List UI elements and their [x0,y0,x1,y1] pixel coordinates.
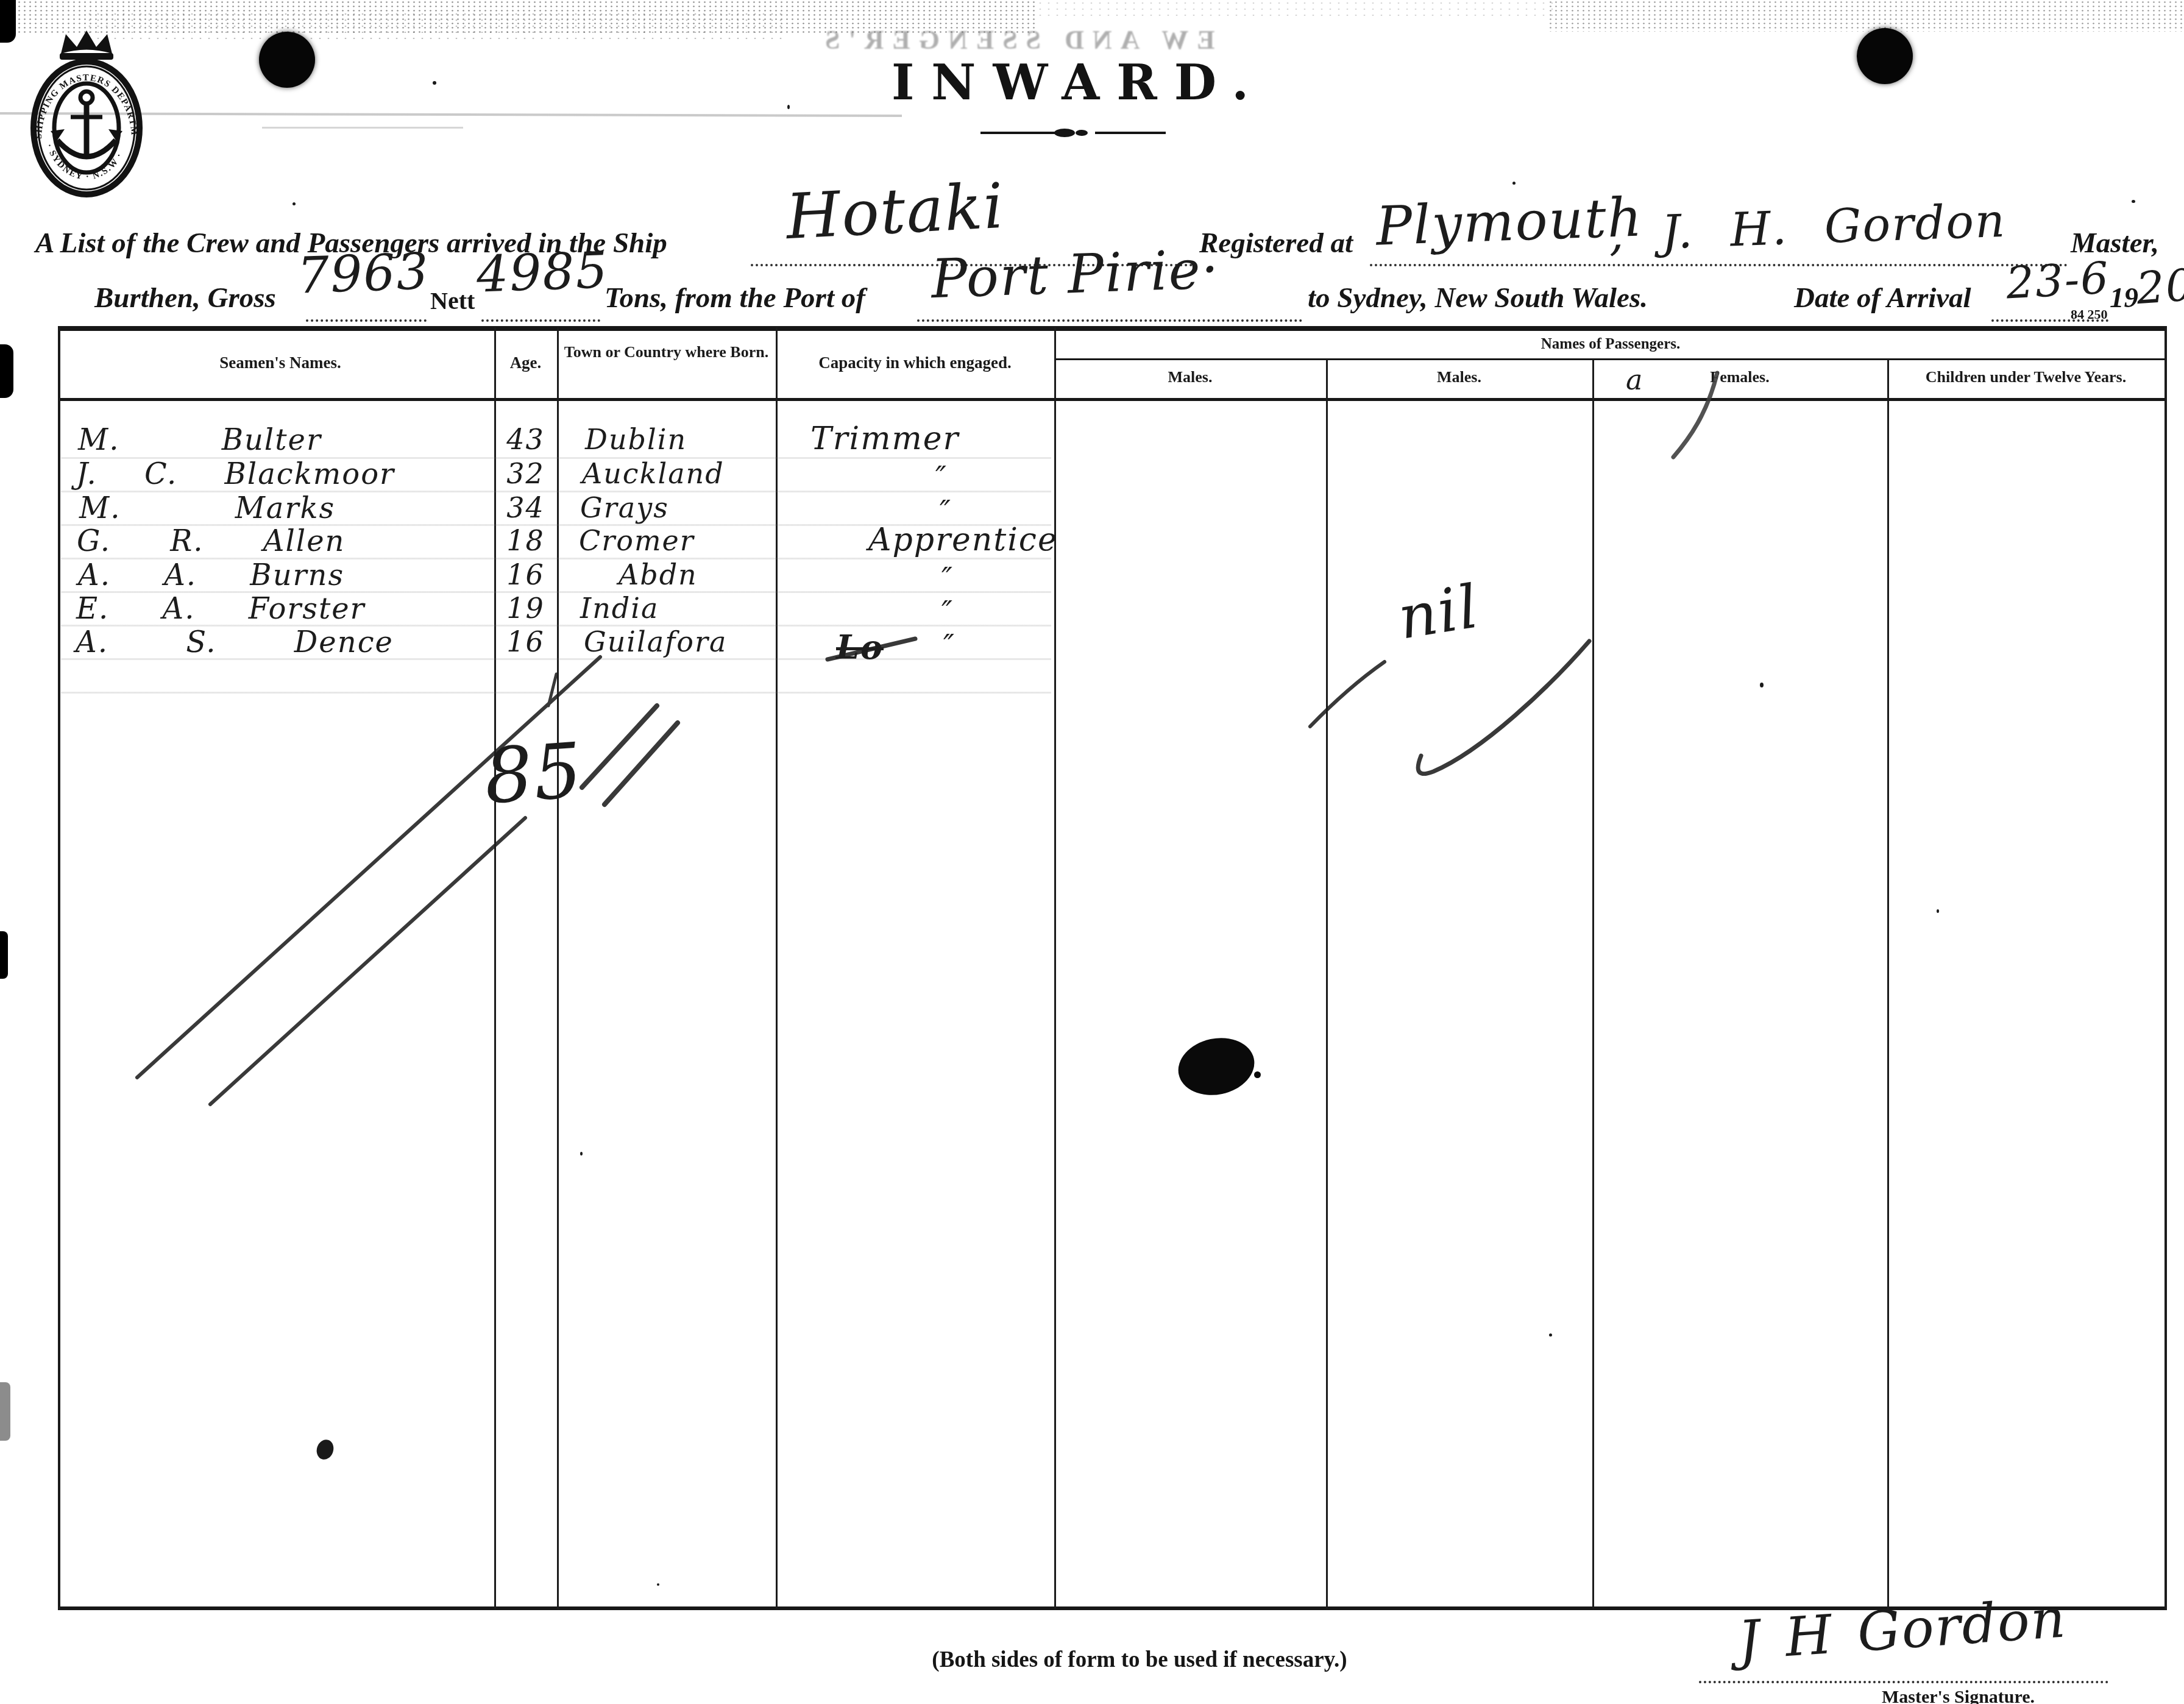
ink-blot [1254,1071,1261,1078]
pen-strokes-overlay [0,0,2184,1704]
footer-note: (Both sides of form to be used if necess… [877,1647,1402,1673]
master-signature-label: Master's Signature. [1882,1687,2035,1704]
scanned-crew-list-document: SHIPPING MASTERS DEPARTMENT · SYDNEY · N… [0,0,2184,1704]
signature-underline [1699,1681,2108,1683]
